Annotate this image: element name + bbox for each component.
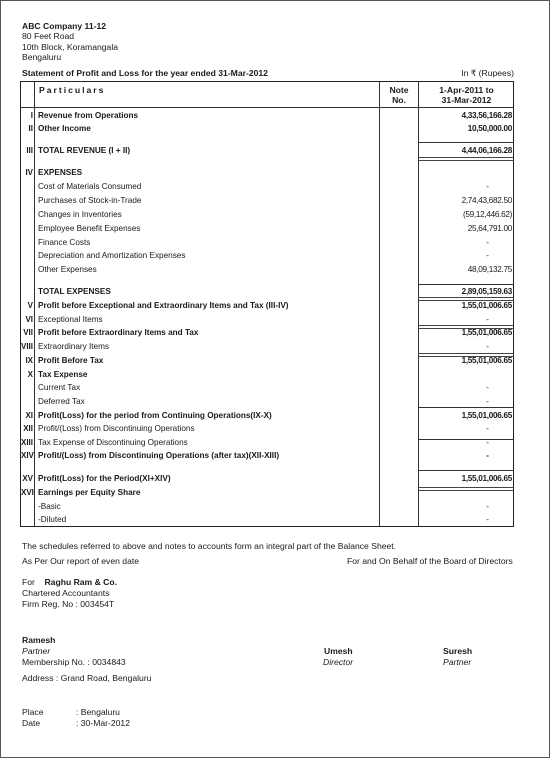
row-amount: 4,33,56,166.28 (419, 111, 512, 120)
company-block: ABC Company 11-12 80 Feet Road 10th Bloc… (22, 21, 118, 63)
row-number: IV (21, 168, 33, 177)
header-period: 1-Apr-2011 to 31-Mar-2012 (419, 85, 514, 105)
signatory-role: Partner (22, 646, 50, 656)
signatory-name: Umesh (324, 646, 353, 656)
double-total-line (418, 353, 514, 357)
row-number: VII (21, 328, 33, 337)
address-line: 80 Feet Road (22, 31, 118, 41)
signatory-role: Partner (443, 657, 471, 667)
row-label: Other Income (38, 124, 91, 133)
row-amount: - (441, 397, 534, 406)
header-note-no: Note No. (380, 85, 418, 105)
table-row: XIProfit(Loss) for the period from Conti… (21, 410, 513, 423)
auditor-for-line: For Raghu Ram & Co. (22, 577, 117, 587)
row-amount: - (441, 515, 534, 524)
table-row: XIIProfit/(Loss) from Discontinuing Oper… (21, 423, 513, 436)
row-label: -Basic (38, 502, 61, 511)
header-note-line1: Note (380, 85, 418, 95)
total-line (418, 142, 514, 143)
row-label: EXPENSES (38, 168, 82, 177)
row-label: -Diluted (38, 515, 66, 524)
row-label: Other Expenses (38, 265, 97, 274)
row-amount: - (441, 238, 534, 247)
row-label: Profit(Loss) for the Period(XI+XIV) (38, 474, 171, 483)
table-row: XVProfit(Loss) for the Period(XI+XIV)1,5… (21, 473, 513, 486)
row-amount: - (441, 315, 534, 324)
row-number: III (21, 146, 33, 155)
row-number: XI (21, 411, 33, 420)
row-amount: 1,55,01,006.65 (419, 356, 512, 365)
double-total-line (418, 157, 514, 161)
signatory-role: Director (323, 657, 353, 667)
table-row: Current Tax- (21, 382, 513, 395)
row-amount: 1,55,01,006.65 (419, 474, 512, 483)
row-number: XIV (21, 451, 33, 460)
row-number: II (21, 124, 33, 133)
table-row: XTax Expense (21, 369, 513, 382)
header-note-line2: No. (380, 95, 418, 105)
address-line: Bengaluru (22, 52, 118, 62)
place-value: : Bengaluru (76, 707, 120, 717)
row-label: Profit before Extraordinary Items and Ta… (38, 328, 198, 337)
row-label: Cost of Materials Consumed (38, 182, 141, 191)
row-label: Changes in Inventories (38, 210, 122, 219)
row-label: Current Tax (38, 383, 80, 392)
date-label: Date (22, 718, 40, 728)
signatory-name: Ramesh (22, 635, 55, 645)
currency-note: In ₹ (Rupees) (461, 68, 514, 79)
company-name: ABC Company 11-12 (22, 21, 118, 31)
row-amount: 4,44,06,166.28 (419, 146, 512, 155)
row-amount: 48,09,132.75 (419, 265, 512, 274)
schedules-note: The schedules referred to above and note… (22, 541, 396, 551)
row-number: IX (21, 356, 33, 365)
board-note: For and On Behalf of the Board of Direct… (347, 556, 513, 566)
row-label: Deferred Tax (38, 397, 85, 406)
row-label: Profit Before Tax (38, 356, 103, 365)
row-label: TOTAL EXPENSES (38, 287, 111, 296)
row-label: Exceptional Items (38, 315, 103, 324)
header-period-line1: 1-Apr-2011 to (419, 85, 514, 95)
place-label: Place (22, 707, 44, 717)
row-number: X (21, 370, 33, 379)
row-amount: - (441, 502, 534, 511)
row-label: TOTAL REVENUE (I + II) (38, 146, 130, 155)
row-label: Revenue from Operations (38, 111, 138, 120)
total-line (418, 407, 514, 408)
row-amount: 1,55,01,006.65 (419, 411, 512, 420)
row-label: Tax Expense (38, 370, 87, 379)
double-total-line (418, 325, 514, 329)
table-row: IVEXPENSES (21, 167, 513, 180)
row-label: Purchases of Stock-in-Trade (38, 196, 141, 205)
row-number: XIII (21, 438, 33, 447)
header-divider (21, 107, 513, 108)
row-label: Profit before Exceptional and Extraordin… (38, 301, 289, 310)
row-number: XV (21, 474, 33, 483)
row-label: Extraordinary Items (38, 342, 109, 351)
row-label: Earnings per Equity Share (38, 488, 140, 497)
firm-reg-no: Firm Reg. No : 003454T (22, 599, 114, 609)
table-row: IRevenue from Operations4,33,56,166.28 (21, 110, 513, 123)
table-row: Cost of Materials Consumed- (21, 181, 513, 194)
table-row: Finance Costs- (21, 237, 513, 250)
row-amount: - (441, 342, 534, 351)
row-amount: 10,50,000.00 (419, 124, 512, 133)
row-amount: 2,89,05,159.63 (419, 287, 512, 296)
table-row: Purchases of Stock-in-Trade2,74,43,682.5… (21, 195, 513, 208)
signatory-name: Suresh (443, 646, 472, 656)
table-row: -Diluted- (21, 514, 513, 527)
header-period-line2: 31-Mar-2012 (419, 95, 514, 105)
table-row: Other Expenses48,09,132.75 (21, 264, 513, 277)
table-row: Depreciation and Amortization Expenses- (21, 250, 513, 263)
report-note: As Per Our report of even date (22, 556, 139, 566)
row-label: Depreciation and Amortization Expenses (38, 251, 185, 260)
row-label: Tax Expense of Discontinuing Operations (38, 438, 188, 447)
table-row: -Basic- (21, 501, 513, 514)
table-row: VProfit before Exceptional and Extraordi… (21, 300, 513, 313)
row-number: V (21, 301, 33, 310)
total-line (418, 470, 514, 471)
row-amount: - (441, 251, 534, 260)
address-line: 10th Block, Koramangala (22, 42, 118, 52)
auditor-address: Address : Grand Road, Bengaluru (22, 673, 151, 683)
row-number: XII (21, 424, 33, 433)
row-number: VIII (21, 342, 33, 351)
double-total-line (418, 297, 514, 301)
for-label: For (22, 577, 35, 587)
total-line (418, 439, 514, 440)
row-amount: - (441, 424, 534, 433)
header-particulars: Particulars (39, 85, 105, 95)
auditor-type: Chartered Accountants (22, 588, 109, 598)
row-amount: 25,64,791.00 (419, 224, 512, 233)
row-number: I (21, 111, 33, 120)
statement-title: Statement of Profit and Loss for the yea… (22, 68, 268, 78)
row-label: Profit/(Loss) from Discontinuing Operati… (38, 451, 279, 460)
auditor-firm: Raghu Ram & Co. (44, 577, 117, 587)
row-amount: 1,55,01,006.65 (419, 301, 512, 310)
row-label: Employee Benefit Expenses (38, 224, 140, 233)
row-number: XVI (21, 488, 33, 497)
membership-no: Membership No. : 0034843 (22, 657, 126, 667)
double-total-line (418, 487, 514, 491)
row-amount: - (441, 451, 534, 460)
profit-loss-table: Particulars Note No. 1-Apr-2011 to 31-Ma… (20, 81, 514, 527)
total-line (418, 284, 514, 285)
row-amount: 1,55,01,006.65 (419, 328, 512, 337)
table-row: XIVProfit/(Loss) from Discontinuing Oper… (21, 450, 513, 463)
row-label: Finance Costs (38, 238, 90, 247)
row-amount: - (441, 383, 534, 392)
row-number: VI (21, 315, 33, 324)
row-amount: 2,74,43,682.50 (419, 196, 512, 205)
row-amount: (59,12,446.62) (419, 210, 512, 219)
row-label: Profit/(Loss) from Discontinuing Operati… (38, 424, 195, 433)
table-row: Changes in Inventories(59,12,446.62) (21, 209, 513, 222)
date-value: : 30-Mar-2012 (76, 718, 130, 728)
row-amount: - (441, 182, 534, 191)
row-label: Profit(Loss) for the period from Continu… (38, 411, 272, 420)
table-row: Employee Benefit Expenses25,64,791.00 (21, 223, 513, 236)
table-row: IIOther Income10,50,000.00 (21, 123, 513, 136)
